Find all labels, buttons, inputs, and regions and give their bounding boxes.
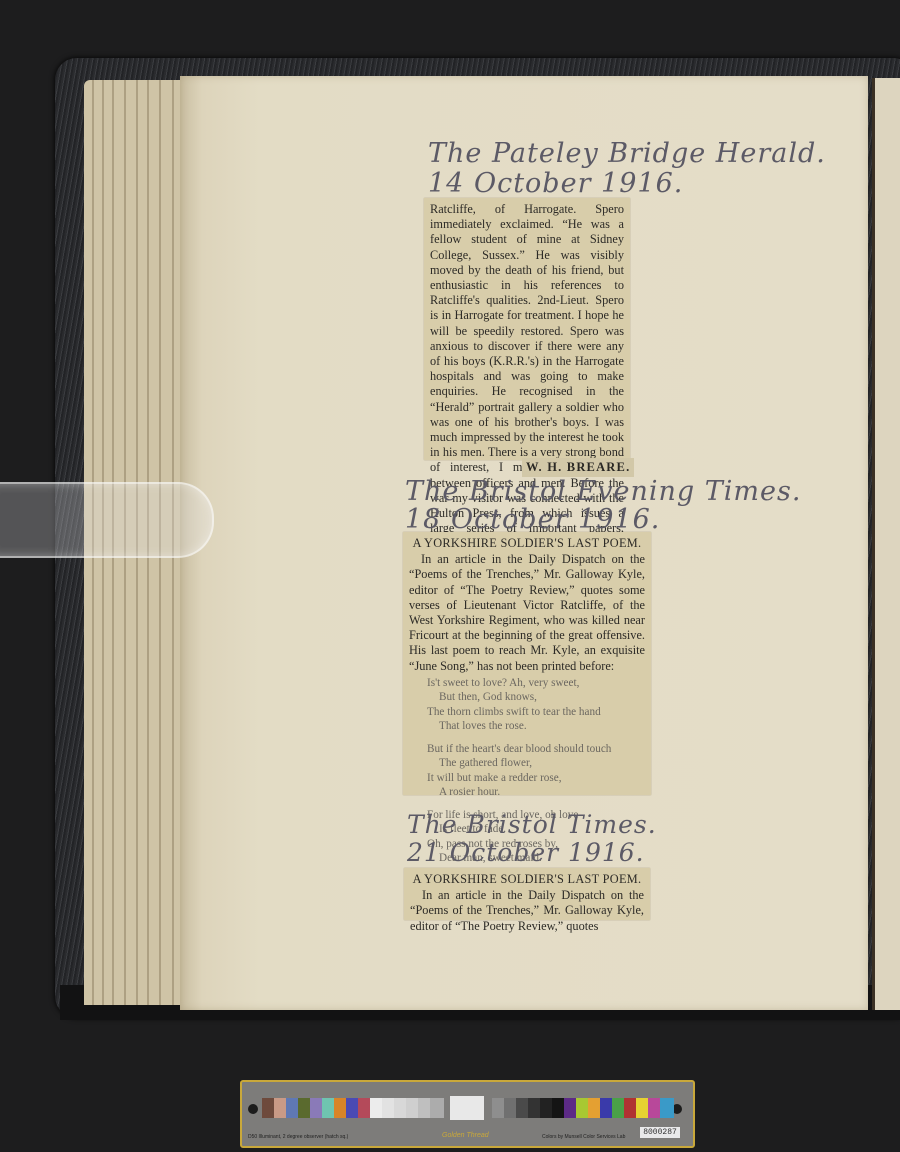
color-patch xyxy=(660,1098,674,1118)
gray-scale-card xyxy=(450,1096,484,1120)
facing-page-edge xyxy=(872,78,900,1010)
clipping-1: Ratcliffe, of Harrogate. Spero immediate… xyxy=(424,198,630,460)
entry-3-source: The Bristol Times. xyxy=(407,812,657,838)
poem-line: A rosier hour. xyxy=(427,785,645,800)
entry-3-date: 21 October 1916. xyxy=(407,840,645,866)
clipping-3-text: In an article in the Daily Dispatch on t… xyxy=(410,888,644,934)
poem-line: Is't sweet to love? Ah, very sweet, xyxy=(427,676,645,691)
page-tab-bookmark[interactable] xyxy=(0,482,214,558)
poem-line: But if the heart's dear blood should tou… xyxy=(427,742,645,757)
entry-2-source: The Bristol Evening Times. xyxy=(405,478,801,506)
target-illuminant-note: D50 Illuminant, 2 degree observer (hatch… xyxy=(248,1134,348,1140)
entry-1-date: 14 October 1916. xyxy=(428,170,683,198)
clipping-2-headline: A YORKSHIRE SOLDIER'S LAST POEM. xyxy=(409,536,645,551)
color-calibration-target: D50 Illuminant, 2 degree observer (hatch… xyxy=(240,1080,695,1148)
poem-line: That loves the rose. xyxy=(427,719,645,734)
poem-line: The thorn climbs swift to tear the hand xyxy=(427,705,645,720)
clipping-2-text: In an article in the Daily Dispatch on t… xyxy=(409,552,645,674)
poem-line: The gathered flower, xyxy=(427,756,645,771)
poem-line: But then, God knows, xyxy=(427,690,645,705)
entry-1-source: The Pateley Bridge Herald. xyxy=(428,140,826,168)
clipping-3: A YORKSHIRE SOLDIER'S LAST POEM. In an a… xyxy=(404,868,650,920)
poem-line: It will but make a redder rose, xyxy=(427,771,645,786)
clipping-3-headline: A YORKSHIRE SOLDIER'S LAST POEM. xyxy=(410,872,644,887)
target-credit: Colors by Munsell Color Services Lab xyxy=(542,1134,625,1140)
target-serial: 8000287 xyxy=(640,1127,680,1138)
clipping-2: A YORKSHIRE SOLDIER'S LAST POEM. In an a… xyxy=(403,532,651,795)
target-dot-left xyxy=(248,1104,258,1114)
color-patch xyxy=(430,1098,444,1118)
clipping-1-signature: W. H. BREARE. xyxy=(522,458,634,477)
target-brand: Golden Thread xyxy=(442,1132,489,1139)
entry-2-date: 18 October 1916. xyxy=(405,506,660,534)
